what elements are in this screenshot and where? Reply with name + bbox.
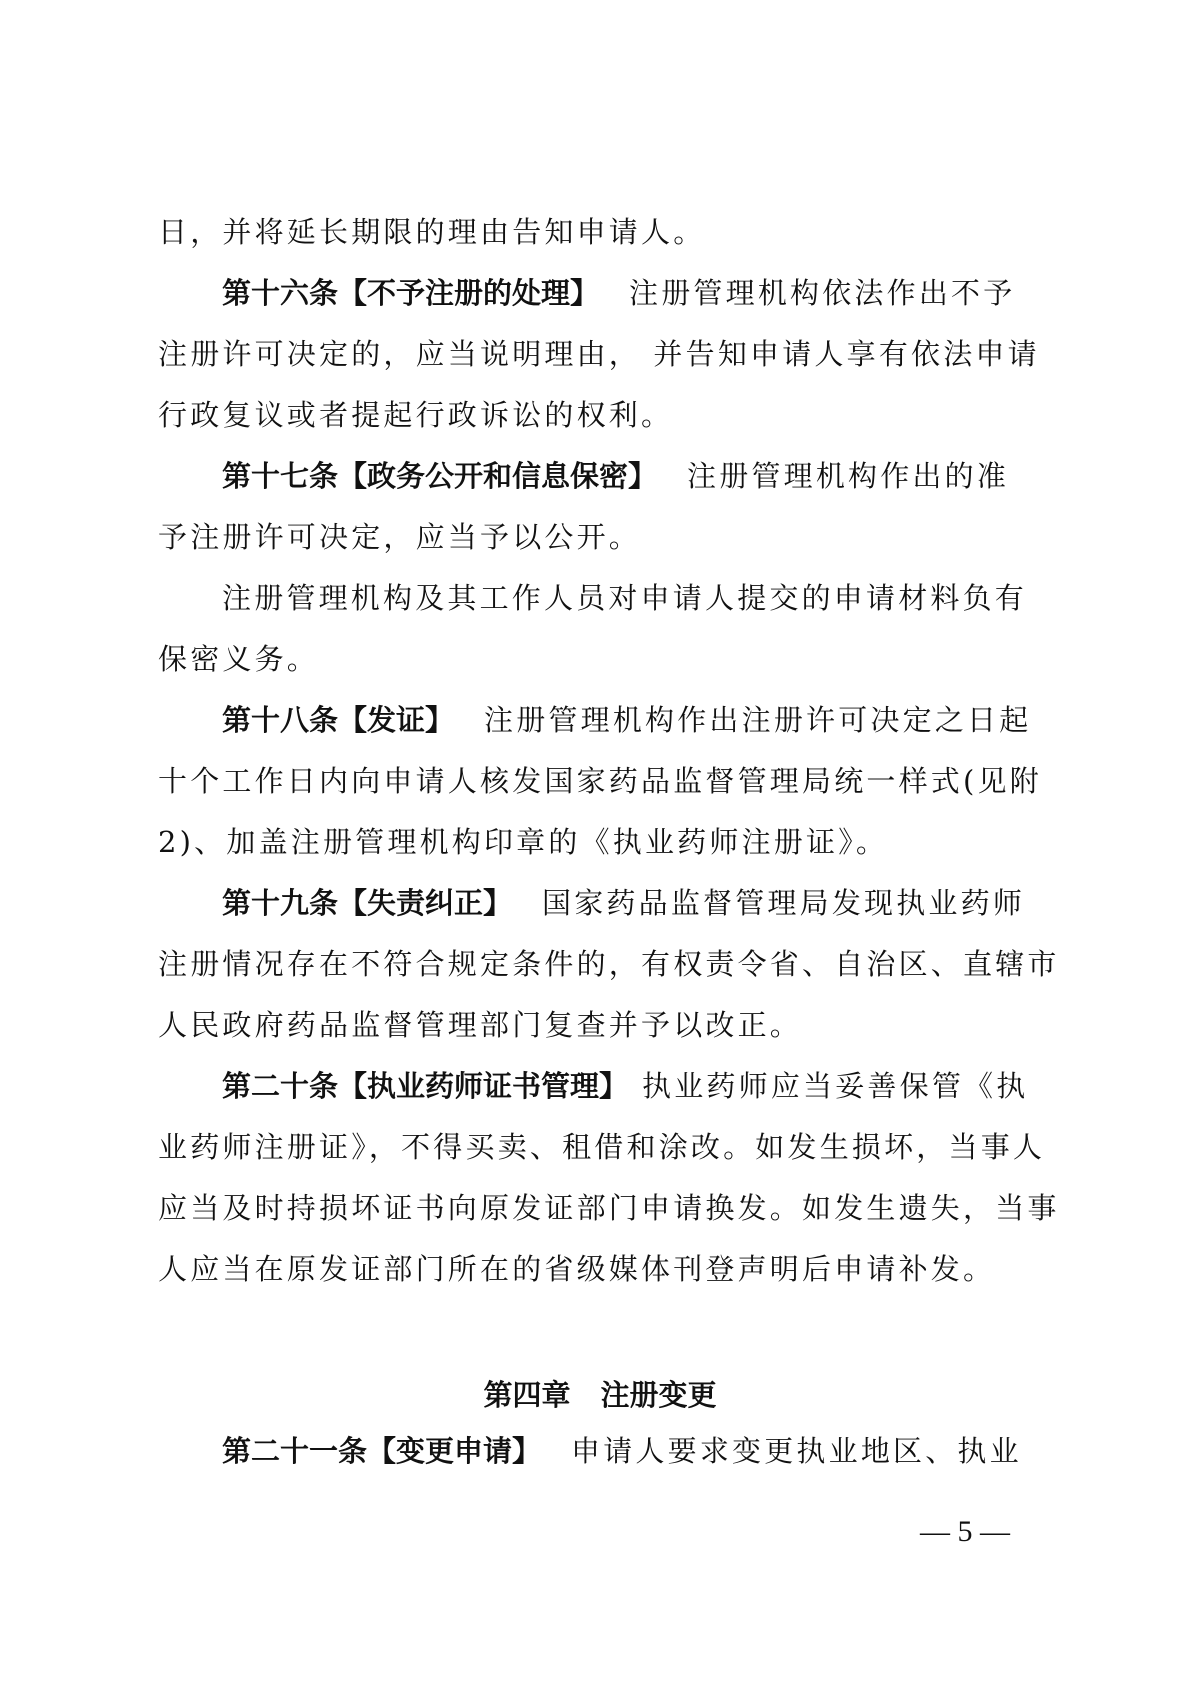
chapter-title: 注册变更	[601, 1378, 717, 1412]
article-title: 第二十条【执业药师证书管理】	[222, 1069, 628, 1103]
paragraph-line: 行政复议或者提起行政诉讼的权利。	[158, 398, 1058, 432]
line-text: 注册许可决定的，应当说明理由， 并告知申请人享有依法申请	[158, 337, 1040, 371]
line-text: 申请人要求变更执业地区、执业	[571, 1434, 1022, 1468]
article-title: 第十九条【失责纠正】	[222, 886, 512, 920]
line-text: 国家药品监督管理局发现执业药师	[542, 886, 1025, 920]
line-text: 注册管理机构及其工作人员对申请人提交的申请材料负有	[222, 581, 1027, 615]
article-21-heading-line: 第二十一条【变更申请】申请人要求变更执业地区、执业	[222, 1434, 1058, 1468]
line-text: 十个工作日内向申请人核发国家药品监督管理局统一样式(见附	[158, 764, 1042, 798]
line-text: 应当及时持损坏证书向原发证部门申请换发。如发生遗失，当事	[158, 1191, 1060, 1225]
line-text: 注册管理机构依法作出不予	[629, 276, 1015, 310]
paragraph-line: 应当及时持损坏证书向原发证部门申请换发。如发生遗失，当事	[158, 1191, 1058, 1225]
line-text: 注册管理机构作出的准	[687, 459, 1009, 493]
line-text: 予注册许可决定，应当予以公开。	[158, 520, 641, 554]
article-17-heading-line: 第十七条【政务公开和信息保密】注册管理机构作出的准	[222, 459, 1058, 493]
paragraph-line: 予注册许可决定，应当予以公开。	[158, 520, 1058, 554]
line-text: 日，并将延长期限的理由告知申请人。	[158, 215, 705, 249]
line-text: 执业药师应当妥善保管《执	[642, 1069, 1028, 1103]
paragraph-line: 日，并将延长期限的理由告知申请人。	[158, 215, 1058, 249]
paragraph-line: 人民政府药品监督管理部门复查并予以改正。	[158, 1008, 1058, 1042]
paragraph-line: 十个工作日内向申请人核发国家药品监督管理局统一样式(见附	[158, 764, 1058, 798]
paragraph-line: 2)、加盖注册管理机构印章的《执业药师注册证》。	[158, 825, 1058, 859]
paragraph-line: 注册管理机构及其工作人员对申请人提交的申请材料负有	[222, 581, 1058, 615]
line-text: 注册情况存在不符合规定条件的，有权责令省、自治区、直辖市	[158, 947, 1060, 981]
line-text: 注册管理机构作出注册许可决定之日起	[484, 703, 1031, 737]
line-text: 业药师注册证》，不得买卖、租借和涂改。如发生损坏，当事人	[158, 1130, 1045, 1164]
chapter-heading: 第四章注册变更	[0, 1373, 1200, 1414]
line-text: 人民政府药品监督管理部门复查并予以改正。	[158, 1008, 802, 1042]
line-text: 行政复议或者提起行政诉讼的权利。	[158, 398, 673, 432]
paragraph-line: 业药师注册证》，不得买卖、租借和涂改。如发生损坏，当事人	[158, 1130, 1058, 1164]
article-title: 第二十一条【变更申请】	[222, 1434, 541, 1468]
line-text: 2)、加盖注册管理机构印章的《执业药师注册证》。	[158, 825, 888, 859]
article-19-heading-line: 第十九条【失责纠正】国家药品监督管理局发现执业药师	[222, 886, 1058, 920]
article-title: 第十七条【政务公开和信息保密】	[222, 459, 657, 493]
article-20-heading-line: 第二十条【执业药师证书管理】执业药师应当妥善保管《执	[222, 1069, 1058, 1103]
document-page: 日，并将延长期限的理由告知申请人。 第十六条【不予注册的处理】注册管理机构依法作…	[0, 0, 1200, 1697]
article-title: 第十八条【发证】	[222, 703, 454, 737]
paragraph-line: 注册情况存在不符合规定条件的，有权责令省、自治区、直辖市	[158, 947, 1058, 981]
paragraph-line: 人应当在原发证部门所在的省级媒体刊登声明后申请补发。	[158, 1252, 1058, 1286]
article-18-heading-line: 第十八条【发证】注册管理机构作出注册许可决定之日起	[222, 703, 1058, 737]
chapter-number: 第四章	[483, 1378, 570, 1412]
page-number: — 5 —	[880, 1515, 1050, 1549]
article-title: 第十六条【不予注册的处理】	[222, 276, 599, 310]
line-text: 保密义务。	[158, 642, 319, 676]
article-16-heading-line: 第十六条【不予注册的处理】注册管理机构依法作出不予	[222, 276, 1058, 310]
paragraph-line: 注册许可决定的，应当说明理由， 并告知申请人享有依法申请	[158, 337, 1058, 371]
line-text: 人应当在原发证部门所在的省级媒体刊登声明后申请补发。	[158, 1252, 995, 1286]
paragraph-line: 保密义务。	[158, 642, 1058, 676]
